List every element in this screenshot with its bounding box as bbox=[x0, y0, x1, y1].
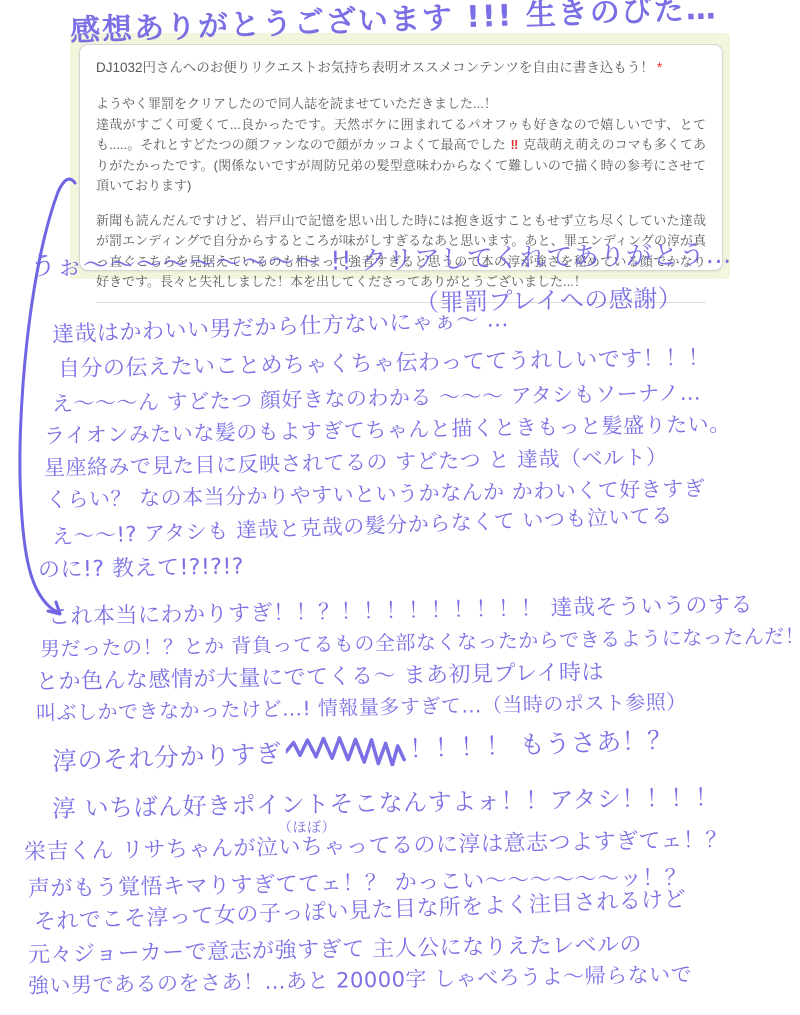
answer-paragraph-1: ようやく罪罰をクリアしたので同人誌を読ませていただきました...！達哉がすごく可… bbox=[96, 94, 706, 197]
required-asterisk: * bbox=[657, 60, 662, 75]
handwriting-segment-pre: 淳のそれ分かりすぎ bbox=[52, 739, 282, 776]
handwriting-line-10: のに!? 教えて!?!?!? bbox=[38, 549, 244, 584]
answer1-line1: ようやく罪罰をクリアしたので同人誌を読ませていただきました...！ bbox=[96, 96, 497, 111]
emphasis-scribble bbox=[285, 730, 406, 770]
red-double-exclamation: ‼ bbox=[509, 137, 519, 152]
question-title: DJ1032円さんへのお便りリクエストお気持ち表明オススメコンテンツを自由に書き… bbox=[96, 58, 706, 77]
handwriting-line-4: 自分の伝えたいことめちゃくちゃ伝わっててうれしいです！！！ bbox=[58, 341, 711, 383]
handwriting-line-18: 栄吉くん リサちゃんが泣いちゃってるのに淳は意志つよすぎてェ！？ bbox=[24, 823, 728, 866]
question-text: DJ1032円さんへのお便りリクエストお気持ち表明オススメコンテンツを自由に書き… bbox=[96, 60, 654, 75]
handwriting-line-3: 達哉はかわいい男だから仕方ないにゃぁ〜 … bbox=[51, 302, 509, 349]
handwriting-segment-post: ！！！！ もうさあ！？ bbox=[409, 725, 673, 763]
handwriting-line-15: 淳のそれ分かりすぎ！！！！ もうさあ！？ bbox=[51, 720, 673, 778]
handwriting-line-16: 淳 いちばん好きポイントそこなんすよォ！！アタシ！！！！ bbox=[52, 777, 720, 824]
